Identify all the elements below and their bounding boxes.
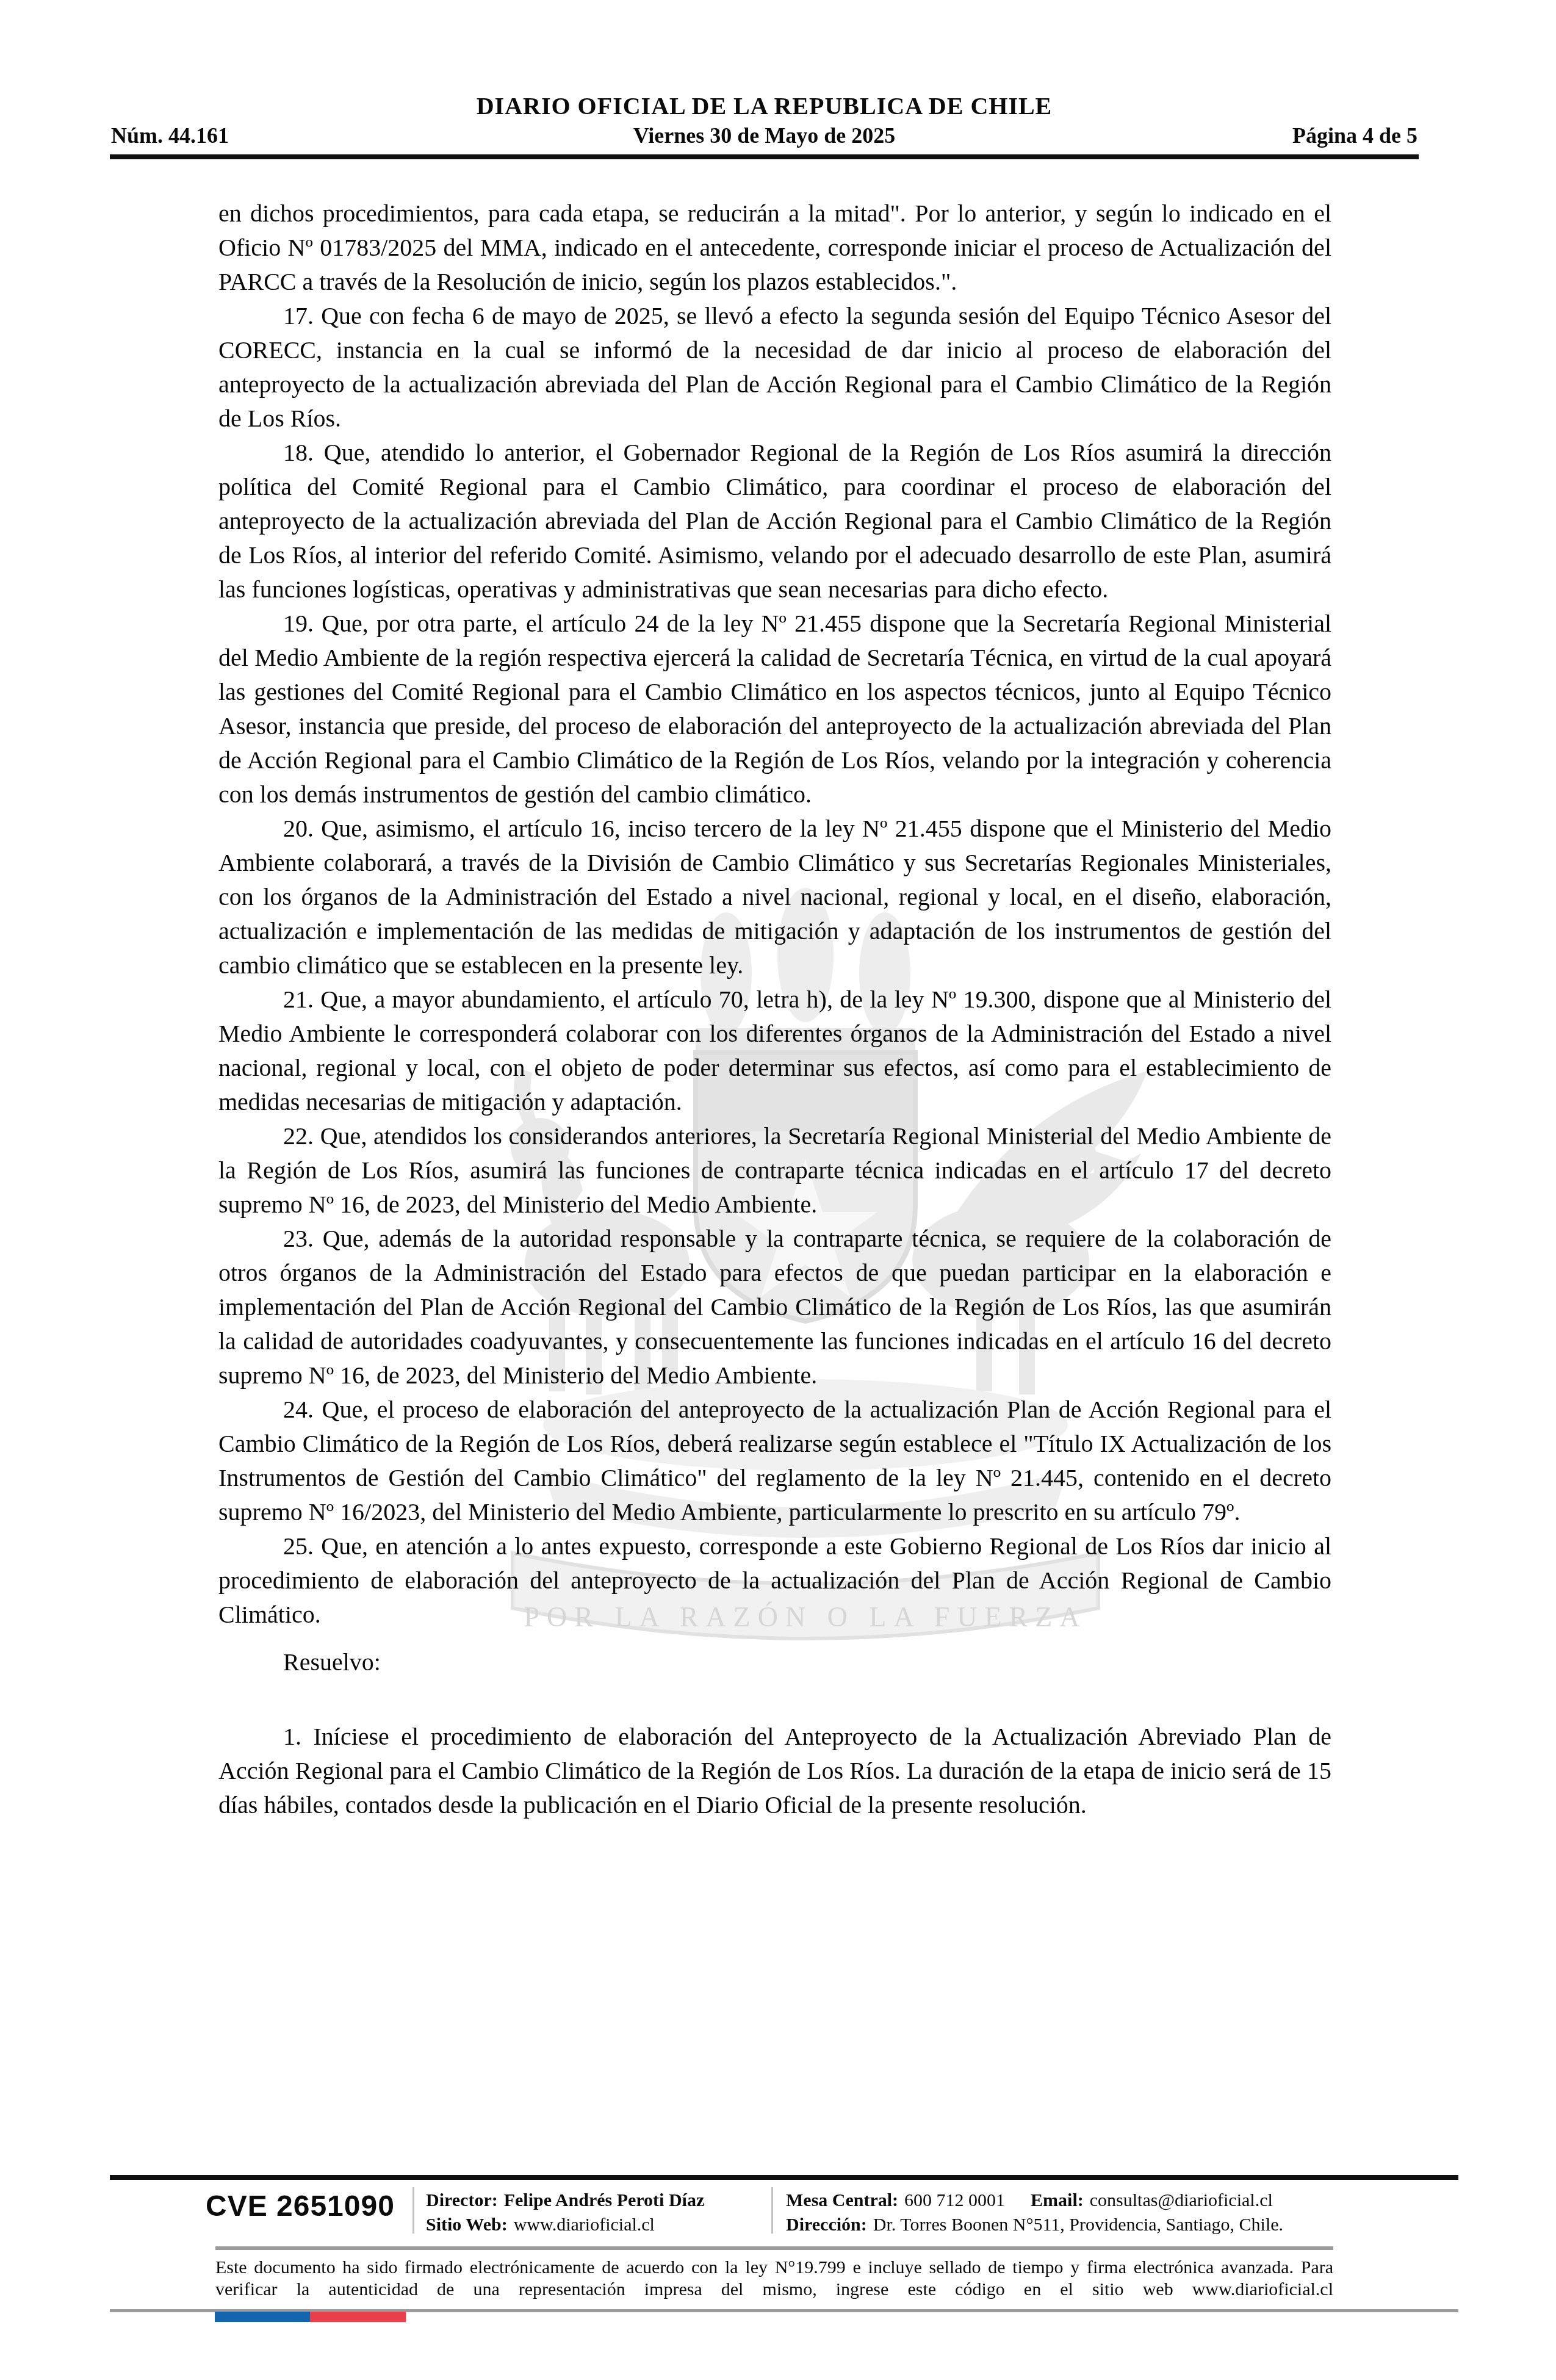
flag-red-block (310, 2312, 406, 2322)
considerando-23: 23. Que, además de la autoridad responsa… (218, 1222, 1331, 1393)
website-row: Sitio Web:www.diarioficial.cl (426, 2213, 704, 2237)
header-rule (110, 154, 1419, 159)
issue-number: Núm. 44.161 (111, 123, 229, 148)
legal-note-top-rule (215, 2246, 1333, 2250)
phone-value: 600 712 0001 (904, 2190, 1005, 2210)
page-indicator: Página 4 de 5 (1292, 123, 1417, 148)
resolution-heading: Resuelvo: (218, 1645, 1331, 1679)
director-label: Director: (426, 2190, 498, 2210)
flag-blue-block (215, 2312, 310, 2322)
resolution-item-1: 1. Iníciese el procedimiento de elaborac… (218, 1720, 1331, 1822)
cve-code: CVE 2651090 (206, 2190, 395, 2223)
considerando-24: 24. Que, el proceso de elaboración del a… (218, 1393, 1331, 1529)
considerando-20: 20. Que, asimismo, el artículo 16, incis… (218, 812, 1331, 983)
document-body: en dichos procedimientos, para cada etap… (218, 197, 1331, 1822)
paragraph-16-continuation: en dichos procedimientos, para cada etap… (218, 197, 1331, 299)
document-page: DIARIO OFICIAL DE LA REPUBLICA DE CHILE … (0, 0, 1556, 2380)
contact-info: Mesa Central:600 712 0001Email:consultas… (786, 2188, 1283, 2237)
director-info: Director:Felipe Andrés Peroti Díaz Sitio… (426, 2188, 704, 2237)
footer-divider-2 (771, 2187, 773, 2234)
masthead-title: DIARIO OFICIAL DE LA REPUBLICA DE CHILE (110, 92, 1419, 120)
director-row: Director:Felipe Andrés Peroti Díaz (426, 2188, 704, 2213)
footer-divider-1 (412, 2187, 414, 2234)
address-label: Dirección: (786, 2215, 867, 2235)
publication-date: Viernes 30 de Mayo de 2025 (110, 123, 1419, 148)
director-name: Felipe Andrés Peroti Díaz (504, 2190, 705, 2210)
considerando-22: 22. Que, atendidos los considerandos ant… (218, 1119, 1331, 1222)
phone-email-row: Mesa Central:600 712 0001Email:consultas… (786, 2188, 1283, 2213)
considerando-25: 25. Que, en atención a lo antes expuesto… (218, 1529, 1331, 1632)
legal-note: Este documento ha sido firmado electróni… (215, 2257, 1333, 2301)
considerando-18: 18. Que, atendido lo anterior, el Gobern… (218, 436, 1331, 607)
header-info-row: Núm. 44.161 Viernes 30 de Mayo de 2025 P… (110, 123, 1419, 148)
chile-flag-mark (215, 2312, 406, 2322)
email-value: consultas@diarioficial.cl (1090, 2190, 1273, 2210)
email-label: Email: (1031, 2190, 1084, 2210)
website-label: Sitio Web: (426, 2215, 508, 2235)
footer-rule (110, 2175, 1458, 2180)
website-value: www.diarioficial.cl (514, 2215, 655, 2235)
address-row: Dirección:Dr. Torres Boonen N°511, Provi… (786, 2213, 1283, 2237)
considerando-17: 17. Que con fecha 6 de mayo de 2025, se … (218, 299, 1331, 436)
address-value: Dr. Torres Boonen N°511, Providencia, Sa… (873, 2215, 1283, 2235)
considerando-19: 19. Que, por otra parte, el artículo 24 … (218, 607, 1331, 812)
considerando-21: 21. Que, a mayor abundamiento, el artícu… (218, 983, 1331, 1119)
phone-label: Mesa Central: (786, 2190, 898, 2210)
